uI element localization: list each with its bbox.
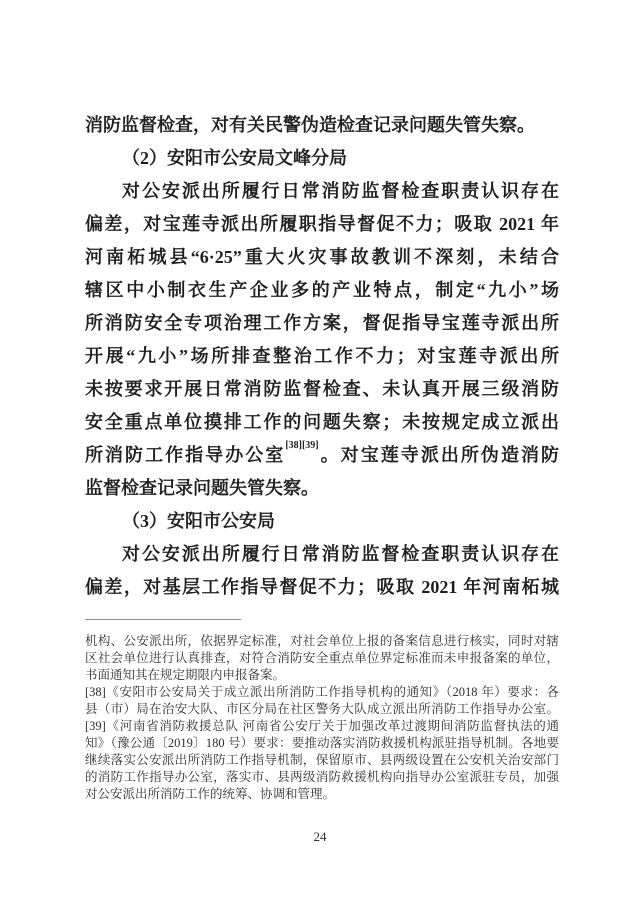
text-segment: （3）安阳市公安局 bbox=[122, 511, 275, 531]
text-segment: 安全重点单位摸排工作的问题失察；未按规定成立派出 bbox=[85, 412, 559, 432]
footnote-line: [39]《河南省消防救援总队 河南省公安厅关于加强改革过渡期间消防监督执法的通 bbox=[85, 718, 559, 735]
footnote-line: 对公安派出所消防工作的统筹、协调和管理。 bbox=[85, 786, 559, 803]
footnote-line: 继续落实公安派出所消防工作指导机制，保留原市、县两级设置在公安机关治安部门 bbox=[85, 752, 559, 769]
body-line: 安全重点单位摸排工作的问题失察；未按规定成立派出 bbox=[85, 406, 559, 439]
text-segment: （2）安阳市公安局文峰分局 bbox=[122, 148, 347, 168]
document-page: 消防监督检查，对有关民警伪造检查记录问题失管失察。（2）安阳市公安局文峰分局对公… bbox=[0, 0, 640, 904]
text-segment: 河南柘城县“6·25”重大火灾事故教训不深刻，未结合 bbox=[85, 247, 559, 267]
text-segment: 未按要求开展日常消防监督检查、未认真开展三级消防 bbox=[85, 379, 559, 399]
document-body: 消防监督检查，对有关民警伪造检查记录问题失管失察。（2）安阳市公安局文峰分局对公… bbox=[85, 109, 559, 604]
body-line: 未按要求开展日常消防监督检查、未认真开展三级消防 bbox=[85, 373, 559, 406]
body-line: 开展“九小”场所排查整治工作不力；对宝莲寺派出所 bbox=[85, 340, 559, 373]
footnotes-block: 机构、公安派出所，依据界定标准，对社会单位上报的备案信息进行核实，同时对辖区社会… bbox=[85, 633, 559, 803]
text-segment: 所消防安全专项治理工作方案，督促指导宝莲寺派出所 bbox=[85, 313, 559, 333]
body-line: 辖区中小制衣生产企业多的产业特点，制定“九小”场 bbox=[85, 274, 559, 307]
footnote-ref: [38][39] bbox=[285, 440, 318, 451]
footnote-separator bbox=[85, 619, 241, 620]
text-segment: 对公安派出所履行日常消防监督检查职责认识存在 bbox=[122, 544, 559, 564]
footnote-line: 的消防工作指导办公室，落实市、县两级消防救援机构向指导办公室派驻专员，加强 bbox=[85, 769, 559, 786]
text-segment: 偏差，对基层工作指导督促不力；吸取 2021 年河南柘城 bbox=[85, 577, 559, 597]
body-line: 对公安派出所履行日常消防监督检查职责认识存在 bbox=[85, 175, 559, 208]
footnote-line: 知》（豫公通〔2019〕180 号）要求：要推动落实消防救援机构派驻指导机制。各… bbox=[85, 735, 559, 752]
footnote-line: [38]《安阳市公安局关于成立派出所消防工作指导机构的通知》（2018 年）要求… bbox=[85, 684, 559, 701]
text-segment: 所消防工作指导办公室 bbox=[85, 445, 285, 465]
footnote-line: 书面通知其在规定期限内申报备案。 bbox=[85, 667, 559, 684]
body-line: 监督检查记录问题失管失察。 bbox=[85, 472, 559, 505]
text-segment: 偏差，对宝莲寺派出所履职指导督促不力；吸取 2021 年 bbox=[85, 214, 559, 234]
text-segment: 辖区中小制衣生产企业多的产业特点，制定“九小”场 bbox=[85, 280, 559, 300]
body-line: 所消防安全专项治理工作方案，督促指导宝莲寺派出所 bbox=[85, 307, 559, 340]
text-segment: 监督检查记录问题失管失察。 bbox=[85, 478, 319, 498]
footnote-line: 机构、公安派出所，依据界定标准，对社会单位上报的备案信息进行核实，同时对辖 bbox=[85, 633, 559, 650]
text-segment: 对公安派出所履行日常消防监督检查职责认识存在 bbox=[122, 181, 559, 201]
body-line: 偏差，对基层工作指导督促不力；吸取 2021 年河南柘城 bbox=[85, 571, 559, 604]
page-number: 24 bbox=[0, 829, 640, 845]
text-segment: 。对宝莲寺派出所伪造消防 bbox=[319, 445, 559, 465]
body-line: 河南柘城县“6·25”重大火灾事故教训不深刻，未结合 bbox=[85, 241, 559, 274]
body-line: 消防监督检查，对有关民警伪造检查记录问题失管失察。 bbox=[85, 109, 559, 142]
body-line: 所消防工作指导办公室[38][39]。对宝莲寺派出所伪造消防 bbox=[85, 439, 559, 472]
text-segment: 开展“九小”场所排查整治工作不力；对宝莲寺派出所 bbox=[85, 346, 559, 366]
text-segment: 消防监督检查，对有关民警伪造检查记录问题失管失察。 bbox=[85, 115, 535, 135]
footnote-line: 区社会单位进行认真排查，对符合消防安全重点单位界定标准而未申报备案的单位， bbox=[85, 650, 559, 667]
footnote-line: 县（市）局在治安大队、市区分局在社区警务大队成立派出所消防工作指导办公室。 bbox=[85, 701, 559, 718]
section-heading-line: （3）安阳市公安局 bbox=[85, 505, 559, 538]
section-heading-line: （2）安阳市公安局文峰分局 bbox=[85, 142, 559, 175]
body-line: 偏差，对宝莲寺派出所履职指导督促不力；吸取 2021 年 bbox=[85, 208, 559, 241]
body-line: 对公安派出所履行日常消防监督检查职责认识存在 bbox=[85, 538, 559, 571]
